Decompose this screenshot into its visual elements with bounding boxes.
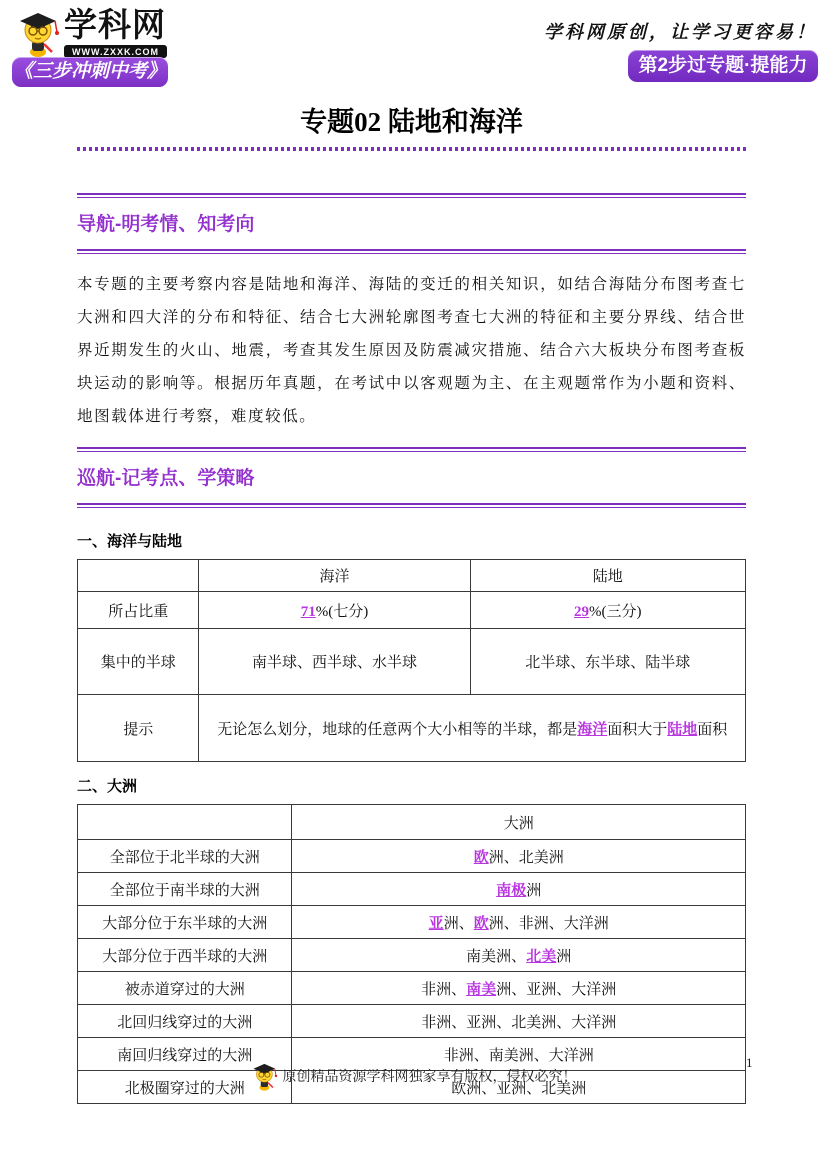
band-rule-bottom xyxy=(77,503,746,508)
row-label: 全部位于北半球的大洲 xyxy=(78,840,292,873)
row-value: 南美洲、北美洲 xyxy=(292,939,746,972)
header-cell-land: 陆地 xyxy=(470,560,745,592)
table-row: 北回归线穿过的大洲 非洲、亚洲、北美洲、大洋洲 xyxy=(78,1005,746,1038)
section-heading-navigation: 导航-明考情、知考向 xyxy=(77,198,746,249)
land-value: 北半球、东半球、陆半球 xyxy=(470,629,745,695)
table-header-row: 大洲 xyxy=(78,805,746,840)
row-label: 北回归线穿过的大洲 xyxy=(78,1005,292,1038)
table-row: 大部分位于西半球的大洲 南美洲、北美洲 xyxy=(78,939,746,972)
row-value: 亚洲、欧洲、非洲、大洋洲 xyxy=(292,906,746,939)
table-row: 所占比重 71%(七分) 29%(三分) xyxy=(78,592,746,629)
table-row: 被赤道穿过的大洲 非洲、南美洲、亚洲、大洋洲 xyxy=(78,972,746,1005)
table-row: 大部分位于东半球的大洲 亚洲、欧洲、非洲、大洋洲 xyxy=(78,906,746,939)
ocean-value: 南半球、西半球、水半球 xyxy=(199,629,470,695)
subheading-ocean-land: 一、海洋与陆地 xyxy=(77,530,746,551)
row-label: 大部分位于西半球的大洲 xyxy=(78,939,292,972)
overview-paragraph: 本专题的主要考察内容是陆地和海洋、海陆的变迁的相关知识，如结合海陆分布图考查七大… xyxy=(77,268,746,433)
header-cell-ocean: 海洋 xyxy=(199,560,470,592)
band-rule-bottom xyxy=(77,249,746,254)
ocean-land-table: 海洋 陆地 所占比重 71%(七分) 29%(三分) 集中的半球 南半球、西半球… xyxy=(77,559,746,762)
section-band-review: 巡航-记考点、学策略 xyxy=(77,447,746,508)
footer: 原创精品资源学科网独家享有版权，侵权必究！ xyxy=(0,1056,827,1096)
land-value: 29%(三分) xyxy=(470,592,745,629)
table-row: 集中的半球 南半球、西半球、水半球 北半球、东半球、陆半球 xyxy=(78,629,746,695)
subheading-continents: 二、大洲 xyxy=(77,775,746,796)
table-row: 全部位于北半球的大洲 欧洲、北美洲 xyxy=(78,840,746,873)
row-label: 提示 xyxy=(78,695,199,762)
row-value: 非洲、亚洲、北美洲、大洋洲 xyxy=(292,1005,746,1038)
row-value: 欧洲、北美洲 xyxy=(292,840,746,873)
note-value: 无论怎么划分，地球的任意两个大小相等的半球，都是海洋面积大于陆地面积 xyxy=(199,695,746,762)
row-value: 非洲、南美洲、亚洲、大洋洲 xyxy=(292,972,746,1005)
title-dotted-divider xyxy=(77,147,746,151)
page-title: 专题02 陆地和海洋 xyxy=(77,100,746,139)
ocean-value: 71%(七分) xyxy=(199,592,470,629)
mascot-icon xyxy=(16,8,62,58)
content-column: 专题02 陆地和海洋 导航-明考情、知考向 本专题的主要考察内容是陆地和海洋、海… xyxy=(77,0,746,1104)
row-label: 集中的半球 xyxy=(78,629,199,695)
row-label: 被赤道穿过的大洲 xyxy=(78,972,292,1005)
copyright-text: 原创精品资源学科网独家享有版权，侵权必究！ xyxy=(283,1066,577,1086)
table-row: 提示 无论怎么划分，地球的任意两个大小相等的半球，都是海洋面积大于陆地面积 xyxy=(78,695,746,762)
header-cell-continent: 大洲 xyxy=(292,805,746,840)
header-cell-blank xyxy=(78,560,199,592)
document-page: 学科网 www.zxxk.com 《三步冲刺中考》 学科网原创，让学习更容易！ … xyxy=(0,0,827,1169)
header-cell-blank xyxy=(78,805,292,840)
row-label: 所占比重 xyxy=(78,592,199,629)
row-label: 全部位于南半球的大洲 xyxy=(78,873,292,906)
section-band-navigation: 导航-明考情、知考向 xyxy=(77,193,746,254)
footer-mascot-icon xyxy=(251,1056,279,1096)
section-heading-review: 巡航-记考点、学策略 xyxy=(77,452,746,503)
row-label: 大部分位于东半球的大洲 xyxy=(78,906,292,939)
page-number: 1 xyxy=(746,1055,753,1071)
table-header-row: 海洋 陆地 xyxy=(78,560,746,592)
table-row: 全部位于南半球的大洲 南极洲 xyxy=(78,873,746,906)
row-value: 南极洲 xyxy=(292,873,746,906)
